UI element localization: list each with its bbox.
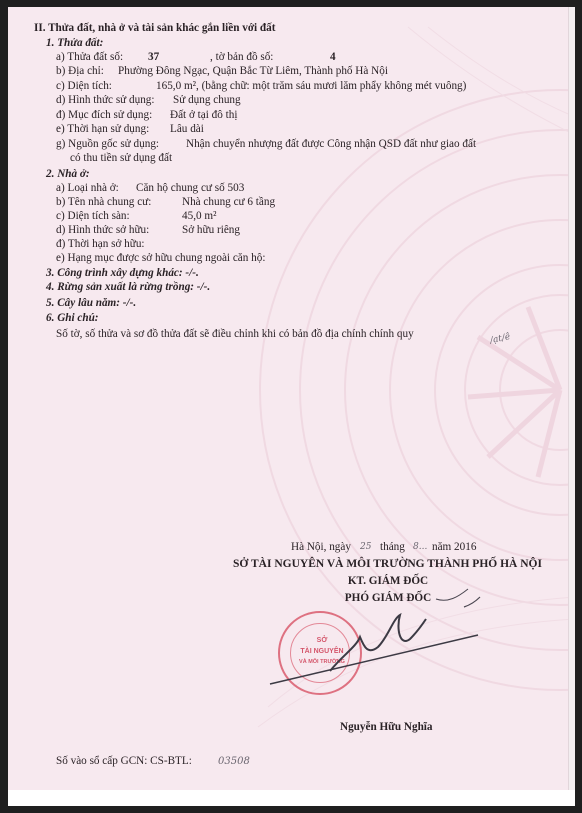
registry-number: 03508 <box>218 755 250 769</box>
registry-label: Số vào sổ cấp GCN: CS-BTL: <box>56 754 192 768</box>
signature-stroke <box>8 7 575 790</box>
certificate-scan: II. Thửa đất, nhà ở và tài sản khác gắn … <box>8 7 575 806</box>
certificate-paper: II. Thửa đất, nhà ở và tài sản khác gắn … <box>8 7 575 790</box>
signer-name: Nguyễn Hữu Nghĩa <box>340 720 433 734</box>
